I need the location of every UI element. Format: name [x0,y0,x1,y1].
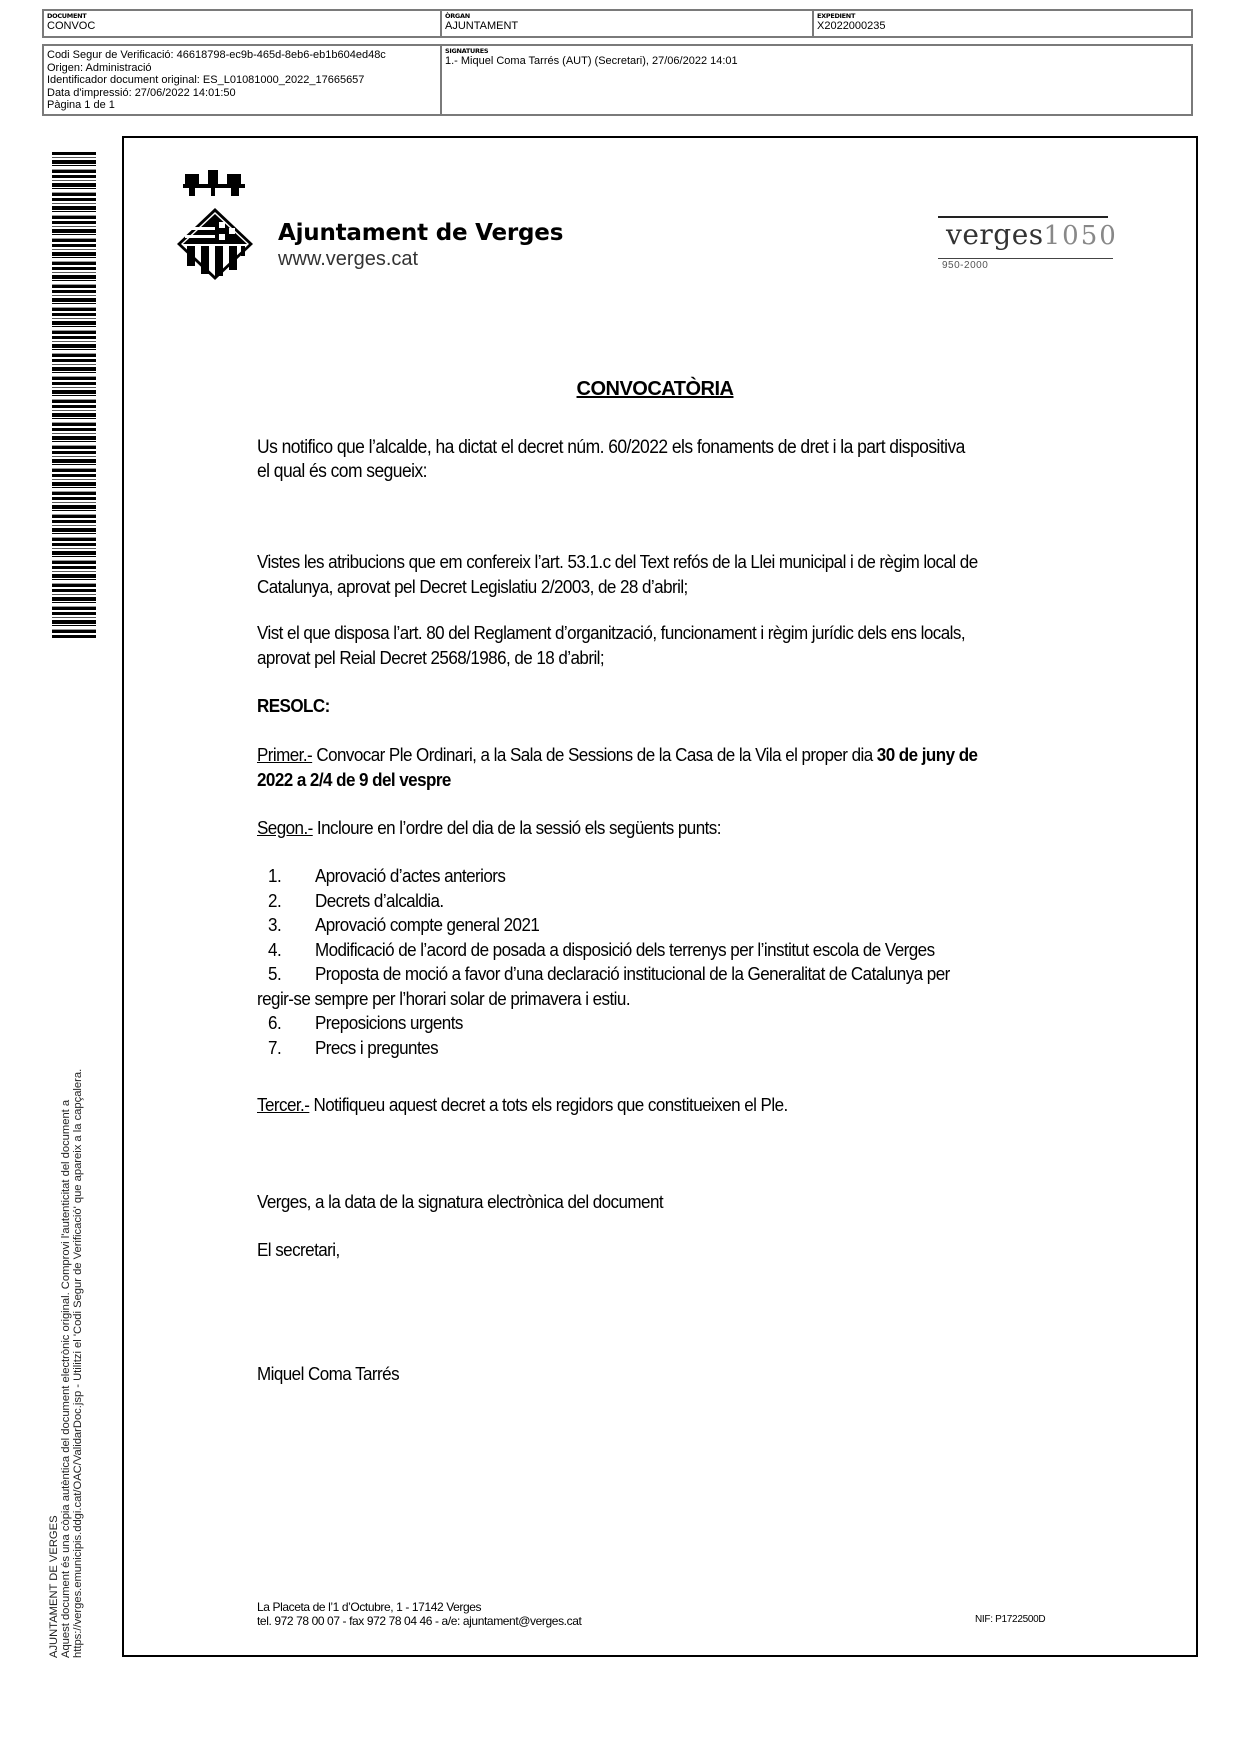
third-label: Tercer.- [257,1094,309,1115]
document-value: CONVOC [47,20,437,32]
intro-text: Us notifico que l’alcalde, ha dictat el … [257,436,975,484]
agenda-list: 1.Aprovació d’actes anteriors 2.Decrets … [257,864,984,1060]
footer-address: La Placeta de l’1 d’Octubre, 1 - 17142 V… [257,1600,581,1614]
authenticity-side-note: AJUNTAMENT DE VERGES Aquest document és … [48,1069,84,1658]
agenda-item: 7.Precs i preguntes [257,1036,984,1061]
verification-cell: Codi Segur de Verificació: 46618798-ec9b… [44,46,440,114]
considerand-1: Vistes les atribucions que em confereix … [257,549,984,599]
organ-value: AJUNTAMENT [445,20,809,32]
agenda-item: 1.Aprovació d’actes anteriors [257,864,984,889]
considerand-2: Vist el que disposa l’art. 80 del Reglam… [257,620,984,670]
considerand-1-text: Vistes les atribucions que em confereix … [257,549,984,599]
footer-contact: La Placeta de l’1 d’Octubre, 1 - 17142 V… [257,1600,581,1628]
logo-years: 950-2000 [942,260,988,271]
header-document-info: DOCUMENT CONVOC ÒRGAN AJUNTAMENT EXPEDIE… [42,9,1193,38]
origin: Origen: Administració [47,62,437,75]
side-validation-url[interactable]: https://verges.emunicipis.ddgi.cat/OAC/V… [72,1069,84,1658]
verges-1050-logo: verges1050 950-2000 [938,214,1113,274]
considerand-2-text: Vist el que disposa l’art. 80 del Reglam… [257,620,984,670]
logo-word: verges [946,218,1044,251]
agenda-item: 4.Modificació de l’acord de posada a dis… [257,938,984,963]
first-label: Primer.- [257,744,312,765]
agenda-item: 3.Aprovació compte general 2021 [257,913,984,938]
page-number: Pàgina 1 de 1 [47,99,437,112]
document-cell: DOCUMENT CONVOC [44,11,440,36]
print-date: Data d'impressió: 27/06/2022 14:01:50 [47,87,437,100]
resolc-heading: RESOLC: [257,693,993,718]
expedient-cell: EXPEDIENT X2022000235 [812,11,1191,36]
document-title: CONVOCATÒRIA [0,378,1240,401]
signer-role: El secretari, [257,1237,993,1262]
expedient-label: EXPEDIENT [817,12,1188,20]
second-label: Segon.- [257,817,313,838]
organ-label: ÒRGAN [445,12,809,20]
side-org: AJUNTAMENT DE VERGES [48,1069,60,1658]
header-verification-info: Codi Segur de Verificació: 46618798-ec9b… [42,44,1193,116]
signer-name: Miquel Coma Tarrés [257,1361,993,1386]
logo-rule-bottom [938,258,1113,259]
agenda-item: 5.Proposta de moció a favor d’una declar… [257,962,984,1011]
signature-entry: 1.- Miquel Coma Tarrés (AUT) (Secretari)… [445,55,1188,68]
expedient-value: X2022000235 [817,20,1188,32]
coat-of-arms-icon [175,170,255,280]
footer-phone-email: tel. 972 78 00 07 - fax 972 78 04 46 - a… [257,1614,581,1628]
institution-name: Ajuntament de Verges [278,220,563,246]
signatures-cell: SIGNATURES 1.- Miquel Coma Tarrés (AUT) … [440,46,1191,114]
second-text: Incloure en l’ordre del dia de la sessió… [313,817,721,838]
footer-nif: NIF: P1722500D [975,1614,1045,1625]
organ-cell: ÒRGAN AJUNTAMENT [440,11,812,36]
document-label: DOCUMENT [47,12,437,20]
second-resolution: Segon.- Incloure en l’ordre del dia de l… [257,815,993,840]
first-text: Convocar Ple Ordinari, a la Sala de Sess… [312,744,877,765]
logo-number: 1050 [1044,221,1118,251]
signatures-label: SIGNATURES [445,47,1188,55]
original-id: Identificador document original: ES_L010… [47,74,437,87]
place-date: Verges, a la data de la signatura electr… [257,1189,993,1214]
third-text: Notifiqueu aquest decret a tots els regi… [309,1094,787,1115]
intro-paragraph: Us notifico que l’alcalde, ha dictat el … [257,436,975,484]
first-resolution: Primer.- Convocar Ple Ordinari, a la Sal… [257,742,984,792]
side-authenticity: Aquest document és una còpia autèntica d… [60,1069,72,1658]
csv-code: Codi Segur de Verificació: 46618798-ec9b… [47,49,437,62]
agenda-item: 2.Decrets d’alcaldia. [257,889,984,914]
institution-website[interactable]: www.verges.cat [278,248,418,271]
third-resolution: Tercer.- Notifiqueu aquest decret a tots… [257,1092,993,1117]
agenda-item: 6.Preposicions urgents [257,1011,984,1036]
